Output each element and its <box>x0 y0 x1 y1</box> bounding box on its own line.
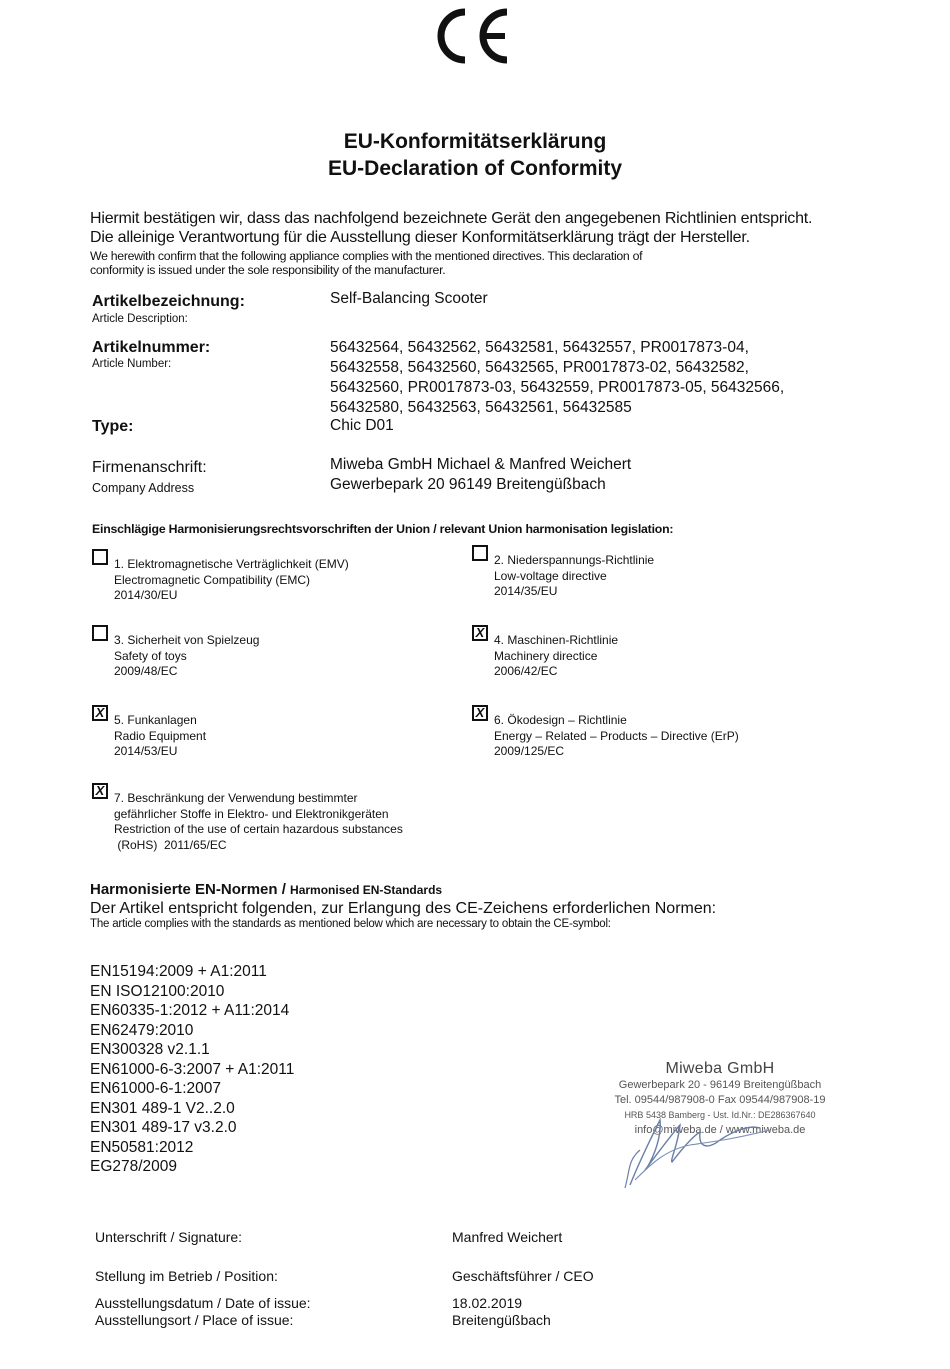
directive-checkbox-unchecked[interactable] <box>92 549 108 565</box>
stamp-address: Gewerbepark 20 - 96149 Breitengüßbach <box>585 1078 855 1093</box>
article-description-label: Artikelbezeichnung: <box>92 293 245 311</box>
place-of-issue-value: Breitengüßbach <box>452 1312 551 1328</box>
directive-ref: 2014/35/EU <box>472 584 654 600</box>
standard-item: EN300328 v2.1.1 <box>90 1040 294 1060</box>
article-description-value: Self-Balancing Scooter <box>330 289 488 309</box>
directive-en: Radio Equipment <box>92 729 206 745</box>
directive-title: 7. Beschränkung der Verwendung bestimmte… <box>92 791 403 807</box>
directive-title: 1. Elektromagnetische Verträglichkeit (E… <box>92 557 349 573</box>
directive-en: Electromagnetic Compatibility (EMC) <box>92 573 349 589</box>
article-number-values: 56432564, 56432562, 56432581, 56432557, … <box>330 338 784 418</box>
signature-label: Unterschrift / Signature: <box>95 1229 242 1245</box>
standards-text-de: Der Artikel entspricht folgenden, zur Er… <box>90 900 716 918</box>
directive-en: Energy – Related – Products – Directive … <box>472 729 739 745</box>
article-description-label-en: Article Description: <box>92 313 188 325</box>
directive-ref: (RoHS) 2011/65/EC <box>92 838 403 854</box>
standard-item: EN301 489-17 v3.2.0 <box>90 1118 294 1138</box>
directive-ref: 2014/30/EU <box>92 588 349 604</box>
standard-item: EN60335-1:2012 + A11:2014 <box>90 1001 294 1021</box>
intro-de-line2: Die alleinige Verantwortung für die Auss… <box>90 229 750 247</box>
directive-2: 2. Niederspannungs-Richtlinie Low-voltag… <box>472 553 654 600</box>
company-address-line1: Miweba GmbH Michael & Manfred Weichert <box>330 455 631 475</box>
signature-value: Manfred Weichert <box>452 1229 562 1245</box>
place-of-issue-label: Ausstellungsort / Place of issue: <box>95 1312 293 1328</box>
article-number-line: 56432580, 56432563, 56432561, 56432585 <box>330 398 784 418</box>
directive-line: gefährlicher Stoffe in Elektro- und Elek… <box>92 807 403 823</box>
directive-checkbox-checked[interactable]: X <box>472 705 488 721</box>
directive-5: X 5. Funkanlagen Radio Equipment 2014/53… <box>92 713 206 760</box>
directive-3: 3. Sicherheit von Spielzeug Safety of to… <box>92 633 259 680</box>
directive-1: 1. Elektromagnetische Verträglichkeit (E… <box>92 557 349 604</box>
intro-en-line1: We herewith confirm that the following a… <box>90 249 642 263</box>
directive-title: 3. Sicherheit von Spielzeug <box>92 633 259 649</box>
directive-title: 5. Funkanlagen <box>92 713 206 729</box>
standard-item: EN62479:2010 <box>90 1021 294 1041</box>
directive-checkbox-checked[interactable]: X <box>92 705 108 721</box>
company-address-line2: Gewerbepark 20 96149 Breitengüßbach <box>330 475 606 495</box>
directive-title: 6. Ökodesign – Richtlinie <box>472 713 739 729</box>
standard-item: EN ISO12100:2010 <box>90 982 294 1002</box>
article-number-label-en: Article Number: <box>92 358 171 370</box>
directive-7-rohs: X 7. Beschränkung der Verwendung bestimm… <box>92 791 403 853</box>
article-number-label: Artikelnummer: <box>92 339 210 357</box>
directive-en: Low-voltage directive <box>472 569 654 585</box>
article-number-line: 56432564, 56432562, 56432581, 56432557, … <box>330 338 784 358</box>
handwritten-signature-icon <box>600 1110 800 1190</box>
article-number-line: 56432558, 56432560, 56432565, PR0017873-… <box>330 358 784 378</box>
date-of-issue-label: Ausstellungsdatum / Date of issue: <box>95 1295 311 1311</box>
standard-item: EN61000-6-3:2007 + A1:2011 <box>90 1060 294 1080</box>
standard-item: EG278/2009 <box>90 1157 294 1177</box>
title-english: EU-Declaration of Conformity <box>0 157 950 181</box>
standard-item: EN15194:2009 + A1:2011 <box>90 962 294 982</box>
standard-item: EN301 489-1 V2..2.0 <box>90 1099 294 1119</box>
directive-checkbox-unchecked[interactable] <box>92 625 108 641</box>
directive-ref: 2006/42/EC <box>472 664 618 680</box>
standards-list: EN15194:2009 + A1:2011 EN ISO12100:2010 … <box>90 962 294 1177</box>
ce-mark-logo <box>0 6 950 71</box>
date-of-issue-value: 18.02.2019 <box>452 1295 522 1311</box>
standards-heading: Harmonisierte EN-Normen / Harmonised EN-… <box>90 881 442 898</box>
stamp-company: Miweba GmbH <box>585 1060 855 1078</box>
directive-checkbox-checked[interactable]: X <box>472 625 488 641</box>
standard-item: EN61000-6-1:2007 <box>90 1079 294 1099</box>
directive-ref: 2009/125/EC <box>472 744 739 760</box>
company-address-label: Firmenanschrift: <box>92 459 207 477</box>
position-label: Stellung im Betrieb / Position: <box>95 1268 278 1284</box>
type-value: Chic D01 <box>330 416 394 436</box>
directive-en: Machinery directice <box>472 649 618 665</box>
company-address-label-en: Company Address <box>92 481 194 495</box>
intro-en-line2: conformity is issued under the sole resp… <box>90 263 445 277</box>
title-german: EU-Konformitätserklärung <box>0 130 950 154</box>
directive-checkbox-checked[interactable]: X <box>92 783 108 799</box>
directive-checkbox-unchecked[interactable] <box>472 545 488 561</box>
type-label: Type: <box>92 418 133 436</box>
directive-6: X 6. Ökodesign – Richtlinie Energy – Rel… <box>472 713 739 760</box>
directive-en: Safety of toys <box>92 649 259 665</box>
standard-item: EN50581:2012 <box>90 1138 294 1158</box>
article-number-line: 56432560, PR0017873-03, 56432559, PR0017… <box>330 378 784 398</box>
stamp-phone: Tel. 09544/987908-0 Fax 09544/987908-19 <box>585 1093 855 1108</box>
directive-ref: 2014/53/EU <box>92 744 206 760</box>
directive-4: X 4. Maschinen-Richtlinie Machinery dire… <box>472 633 618 680</box>
directive-title: 2. Niederspannungs-Richtlinie <box>472 553 654 569</box>
intro-de-line1: Hiermit bestätigen wir, dass das nachfol… <box>90 210 812 228</box>
ce-mark-icon <box>435 6 515 66</box>
standards-text-en: The article complies with the standards … <box>90 918 611 930</box>
directive-title: 4. Maschinen-Richtlinie <box>472 633 618 649</box>
position-value: Geschäftsführer / CEO <box>452 1268 594 1284</box>
legislation-heading: Einschlägige Harmonisierungsrechtsvorsch… <box>92 522 673 536</box>
directive-ref: 2009/48/EC <box>92 664 259 680</box>
directive-line: Restriction of the use of certain hazard… <box>92 822 403 838</box>
